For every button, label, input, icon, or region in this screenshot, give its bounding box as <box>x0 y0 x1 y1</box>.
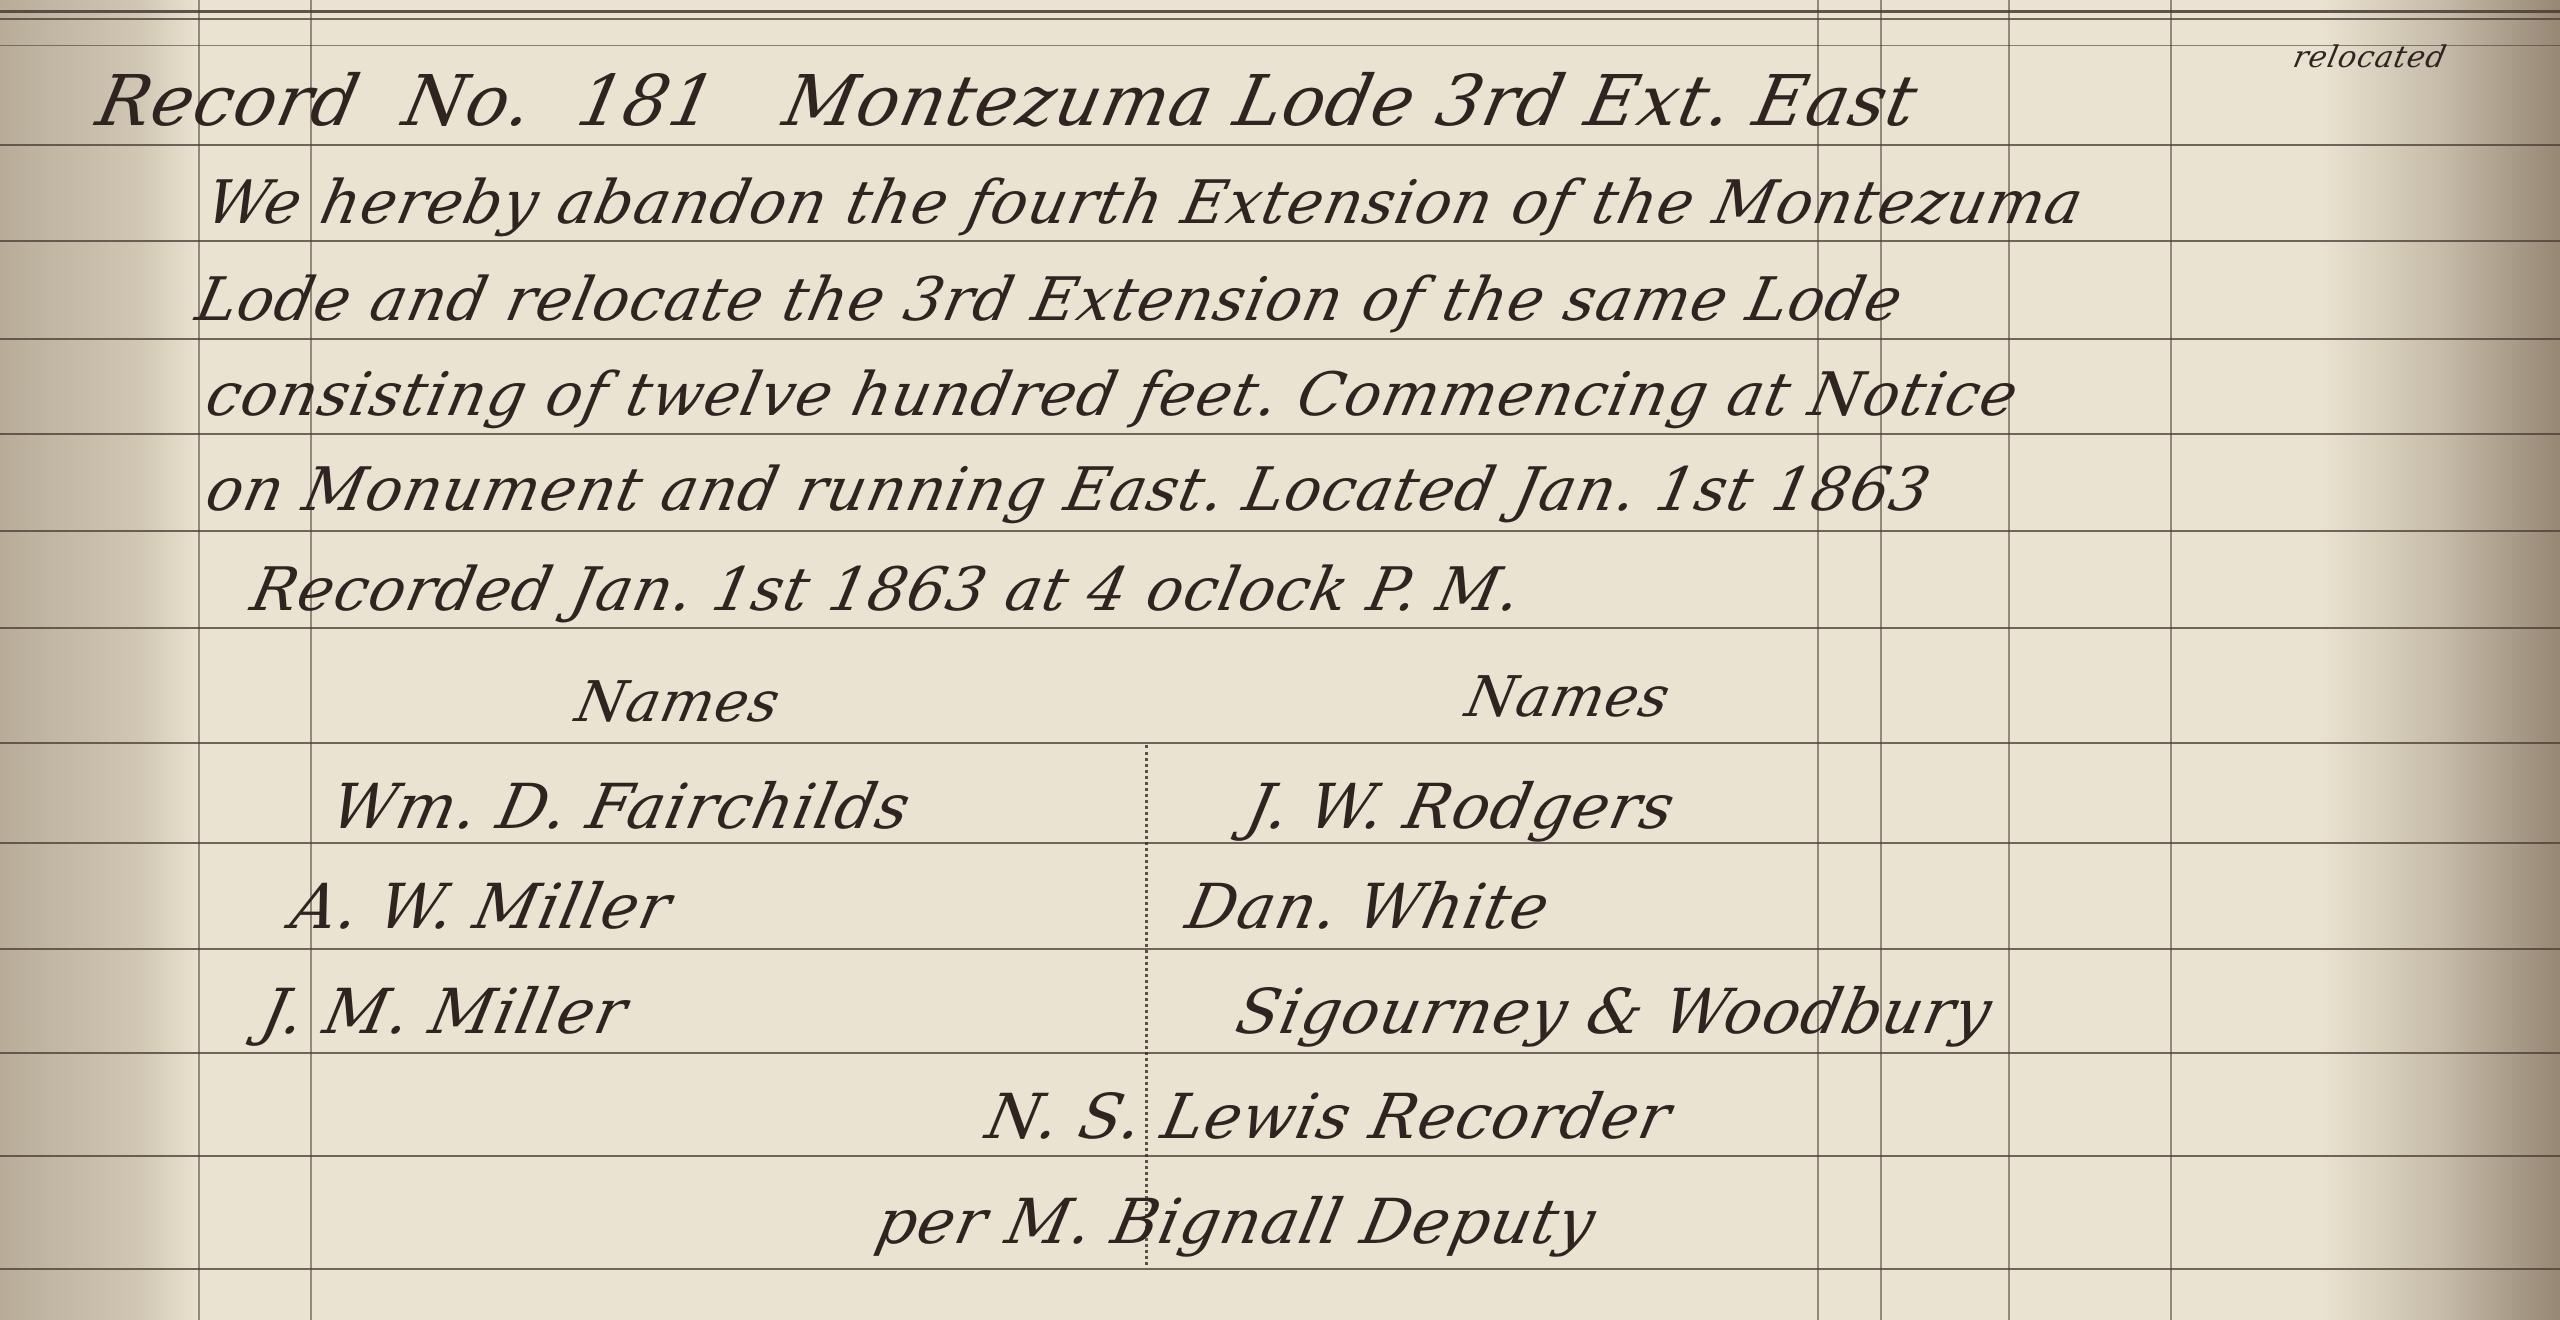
recorder-signature: N. S. Lewis Recorder <box>980 1080 1678 1153</box>
deputy-signature: per M. Bignall Deputy <box>870 1185 1602 1258</box>
name-entry: Wm. D. Fairchilds <box>325 770 917 843</box>
ruled-line <box>0 45 2560 46</box>
name-entry: A. W. Miller <box>285 870 678 943</box>
ruled-line <box>0 240 2560 242</box>
column-rule <box>2170 0 2172 1320</box>
body-line: Recorded Jan. 1st 1863 at 4 oclock P. M. <box>245 555 1528 625</box>
body-line: on Monument and running East. Located Ja… <box>200 455 1937 525</box>
body-line: Lode and relocate the 3rd Extension of t… <box>190 265 1909 335</box>
ledger-page: relocated Record No. 181 Montezuma Lode … <box>0 0 2560 1320</box>
record-number: 181 <box>570 60 724 142</box>
ruled-line <box>0 530 2560 532</box>
name-entry: J. W. Rodgers <box>1240 770 1682 843</box>
margin-note: relocated <box>2290 40 2450 75</box>
names-header-left: Names <box>570 670 786 735</box>
record-heading: Record No. 181 Montezuma Lode 3rd Ext. E… <box>90 60 1925 142</box>
top-double-rule <box>0 10 2560 13</box>
record-title: Montezuma Lode 3rd Ext. East <box>777 60 1925 142</box>
ruled-line <box>0 1052 2560 1054</box>
column-rule <box>198 0 200 1320</box>
name-entry: Dan. White <box>1180 870 1557 943</box>
ruled-line <box>0 1155 2560 1157</box>
ruled-line <box>0 144 2560 146</box>
ruled-line <box>0 1268 2560 1270</box>
names-header-right: Names <box>1460 665 1676 730</box>
name-entry: Sigourney & Woodbury <box>1230 975 1999 1048</box>
body-line: consisting of twelve hundred feet. Comme… <box>200 360 2025 430</box>
body-line: We hereby abandon the fourth Extension o… <box>200 168 2090 238</box>
top-rule <box>0 18 2560 20</box>
ruled-line <box>0 742 2560 744</box>
ruled-line <box>0 433 2560 435</box>
record-number-label: No. <box>396 60 541 142</box>
ruled-line <box>0 338 2560 340</box>
record-prefix: Record <box>90 60 367 142</box>
ruled-line <box>0 948 2560 950</box>
name-entry: J. M. Miller <box>255 975 634 1048</box>
ruled-line <box>0 627 2560 629</box>
